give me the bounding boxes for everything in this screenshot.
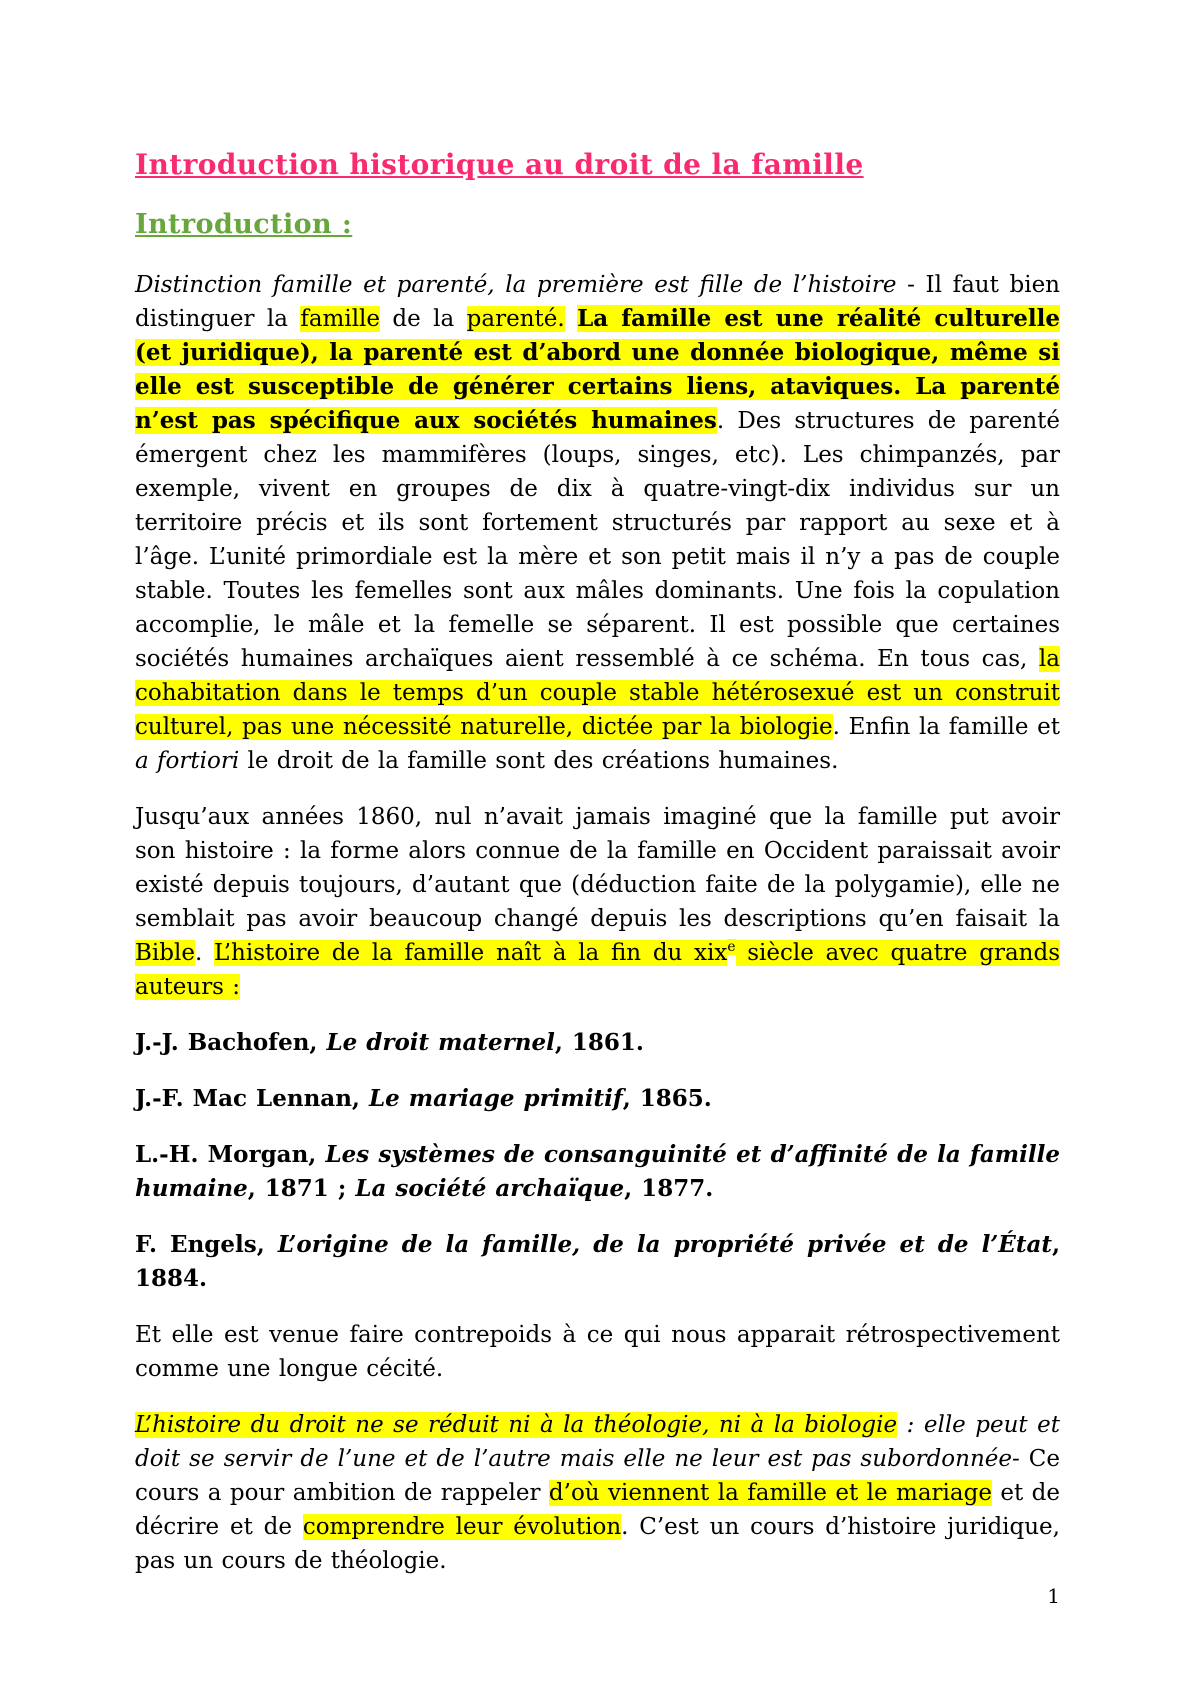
text-segment: . <box>195 940 214 966</box>
text-segment: L’origine de la famille, de la propriété… <box>278 1231 1052 1258</box>
text-segment: famille <box>300 306 380 332</box>
text-segment: L’histoire de la famille naît à la fin d… <box>214 940 727 966</box>
text-segment: de la <box>380 306 467 332</box>
text-segment: La société archaïque <box>355 1175 624 1202</box>
text-segment: F. Engels, <box>135 1231 278 1258</box>
text-segment: e <box>727 939 735 955</box>
paragraph-histoire-du-droit: L’histoire du droit ne se réduit ni à la… <box>135 1408 1060 1578</box>
text-segment: , 1865. <box>623 1085 712 1112</box>
text-segment: J.-J. Bachofen, <box>135 1029 326 1056</box>
text-segment: Distinction famille et parenté, la premi… <box>135 272 897 298</box>
document-content: Introduction historique au droit de la f… <box>135 148 1060 1600</box>
text-segment: Et elle est venue faire contrepoids à ce… <box>135 1322 1060 1382</box>
text-segment <box>565 306 577 332</box>
text-segment: J.-F. Mac Lennan, <box>135 1085 369 1112</box>
page-number: 1 <box>1047 1584 1060 1608</box>
author-entry-maclennan: J.-F. Mac Lennan, Le mariage primitif, 1… <box>135 1082 1060 1116</box>
text-segment: le droit de la famille sont des création… <box>239 748 838 774</box>
text-segment: Jusqu’aux années 1860, nul n’avait jamai… <box>135 804 1060 932</box>
text-segment: comprendre leur évolution <box>303 1514 621 1540</box>
paragraph-contrepoids: Et elle est venue faire contrepoids à ce… <box>135 1318 1060 1386</box>
text-segment: Le mariage primitif <box>369 1085 623 1112</box>
text-segment: Bible <box>135 940 195 966</box>
author-entry-bachofen: J.-J. Bachofen, Le droit maternel, 1861. <box>135 1026 1060 1060</box>
text-segment: L’histoire du droit ne se réduit ni à la… <box>135 1412 897 1438</box>
text-segment: d’où viennent la famille et le mariage <box>549 1480 992 1506</box>
text-segment: L.-H. Morgan, <box>135 1141 326 1168</box>
text-segment: , 1871 ; <box>248 1175 356 1202</box>
text-segment: , 1861. <box>555 1029 644 1056</box>
text-segment: parenté. <box>467 306 565 332</box>
document-title: Introduction historique au droit de la f… <box>135 148 1060 181</box>
text-segment: . Enfin la famille et <box>833 714 1060 740</box>
document-page: Introduction historique au droit de la f… <box>0 0 1200 1698</box>
text-segment: Le droit maternel <box>326 1029 554 1056</box>
text-segment: , 1877. <box>624 1175 713 1202</box>
author-entry-morgan: L.-H. Morgan, Les systèmes de consanguin… <box>135 1138 1060 1206</box>
text-segment: a fortiori <box>135 748 239 774</box>
section-heading: Introduction : <box>135 209 1060 240</box>
author-entry-engels: F. Engels, L’origine de la famille, de l… <box>135 1228 1060 1296</box>
text-segment: . Des structures de parenté émergent che… <box>135 408 1060 672</box>
paragraph-jusquaux-1860: Jusqu’aux années 1860, nul n’avait jamai… <box>135 800 1060 1004</box>
paragraph-distinction: Distinction famille et parenté, la premi… <box>135 268 1060 778</box>
